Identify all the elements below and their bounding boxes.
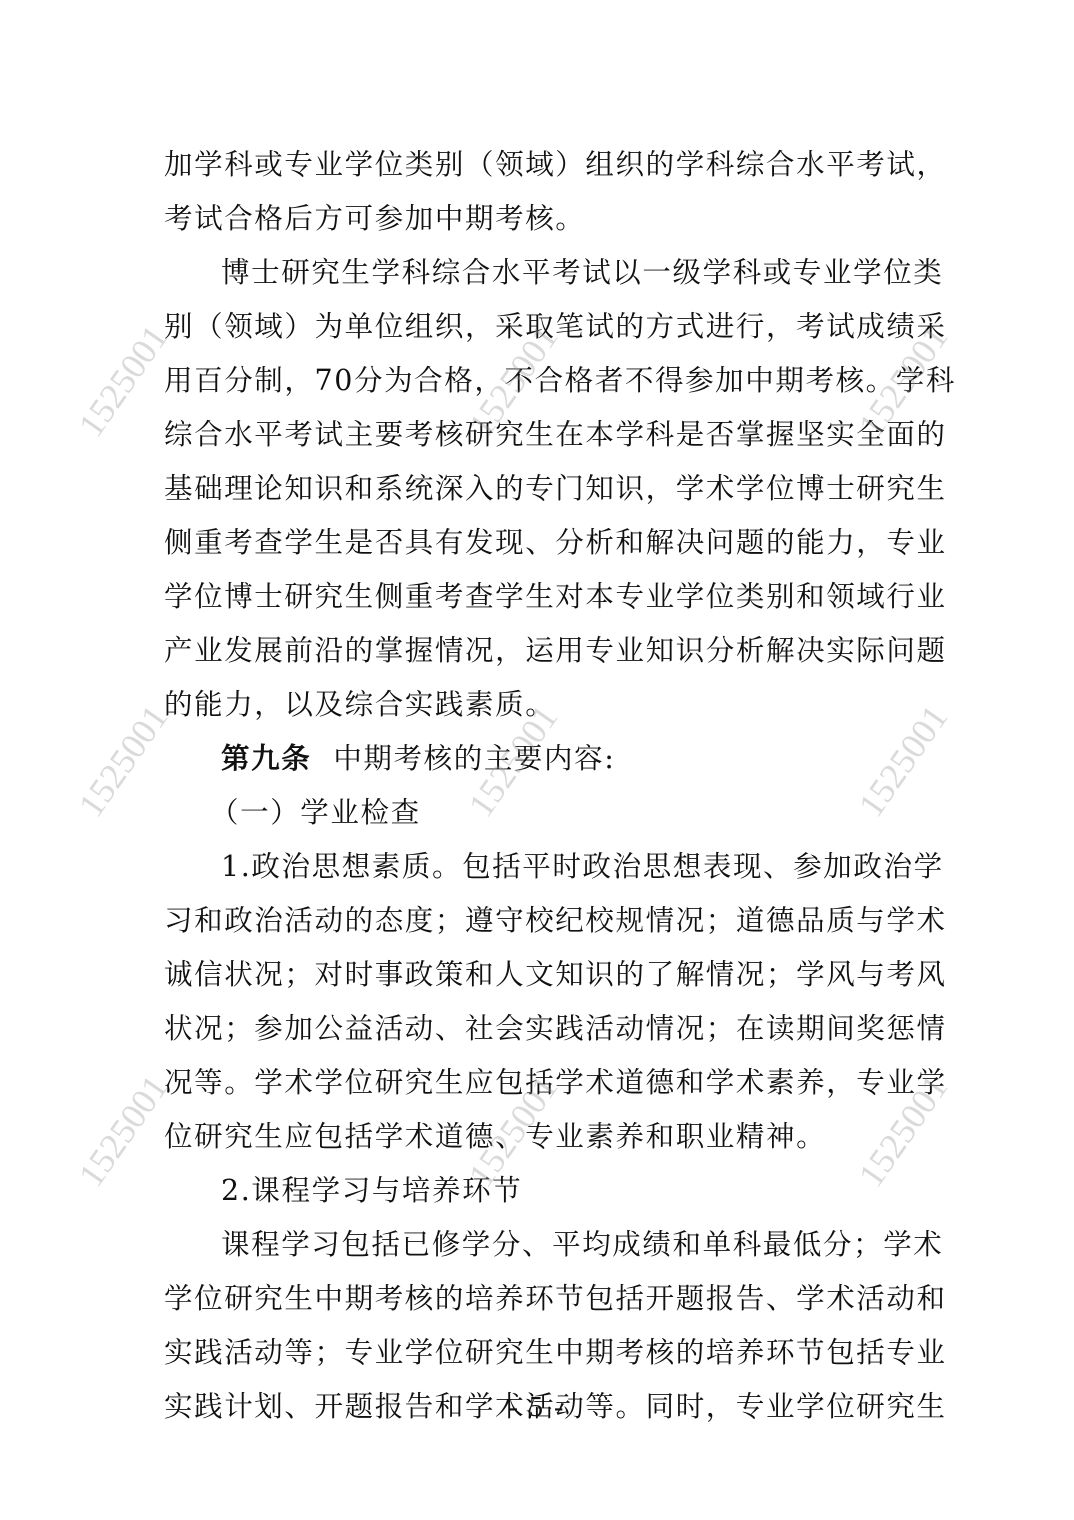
text-line: 学位研究生中期考核的培养环节包括开题报告、学术活动和 bbox=[164, 1272, 908, 1326]
text-line: 况等。学术学位研究生应包括学术道德和学术素养，专业学 bbox=[164, 1056, 908, 1110]
text-line: 用百分制，70分为合格，不合格者不得参加中期考核。学科 bbox=[164, 354, 908, 408]
text-line: 加学科或专业学位类别（领域）组织的学科综合水平考试， bbox=[164, 138, 908, 192]
body-text: 加学科或专业学位类别（领域）组织的学科综合水平考试， 考试合格后方可参加中期考核… bbox=[164, 138, 908, 1434]
subsection-heading: 2.课程学习与培养环节 bbox=[164, 1164, 908, 1218]
paragraph-start: 博士研究生学科综合水平考试以一级学科或专业学位类 bbox=[164, 246, 908, 300]
text-line: 产业发展前沿的掌握情况，运用专业知识分析解决实际问题 bbox=[164, 624, 908, 678]
document-page: 加学科或专业学位类别（领域）组织的学科综合水平考试， 考试合格后方可参加中期考核… bbox=[0, 0, 1074, 1520]
article-title: 中期考核的主要内容: bbox=[333, 742, 615, 775]
text-line: 位研究生应包括学术道德、专业素养和职业精神。 bbox=[164, 1110, 908, 1164]
text-line: 学位博士研究生侧重考查学生对本专业学位类别和领域行业 bbox=[164, 570, 908, 624]
section-heading: （一）学业检查 bbox=[164, 786, 908, 840]
text-line: 考试合格后方可参加中期考核。 bbox=[164, 192, 908, 246]
article-label: 第九条 bbox=[221, 742, 311, 775]
watermark: 1525001 bbox=[70, 317, 177, 444]
text-line: 别（领域）为单位组织，采取笔试的方式进行，考试成绩采 bbox=[164, 300, 908, 354]
text-line: 的能力，以及综合实践素质。 bbox=[164, 678, 908, 732]
text-line: 实践活动等；专业学位研究生中期考核的培养环节包括专业 bbox=[164, 1326, 908, 1380]
article-heading: 第九条中期考核的主要内容: bbox=[164, 732, 908, 786]
watermark: 1525001 bbox=[70, 697, 177, 824]
text-line: 综合水平考试主要考核研究生在本学科是否掌握坚实全面的 bbox=[164, 408, 908, 462]
text-line: 诚信状况；对时事政策和人文知识的了解情况；学风与考风 bbox=[164, 948, 908, 1002]
text-line: 状况；参加公益活动、社会实践活动情况；在读期间奖惩情 bbox=[164, 1002, 908, 1056]
text-line: 习和政治活动的态度；遵守校纪校规情况；道德品质与学术 bbox=[164, 894, 908, 948]
text-line: 侧重考查学生是否具有发现、分析和解决问题的能力，专业 bbox=[164, 516, 908, 570]
watermark: 1525001 bbox=[70, 1067, 177, 1194]
paragraph-start: 1.政治思想素质。包括平时政治思想表现、参加政治学 bbox=[164, 840, 908, 894]
paragraph-start: 课程学习包括已修学分、平均成绩和单科最低分；学术 bbox=[164, 1218, 908, 1272]
page-number: - 5 - bbox=[0, 1392, 1074, 1424]
text-line: 基础理论知识和系统深入的专门知识，学术学位博士研究生 bbox=[164, 462, 908, 516]
